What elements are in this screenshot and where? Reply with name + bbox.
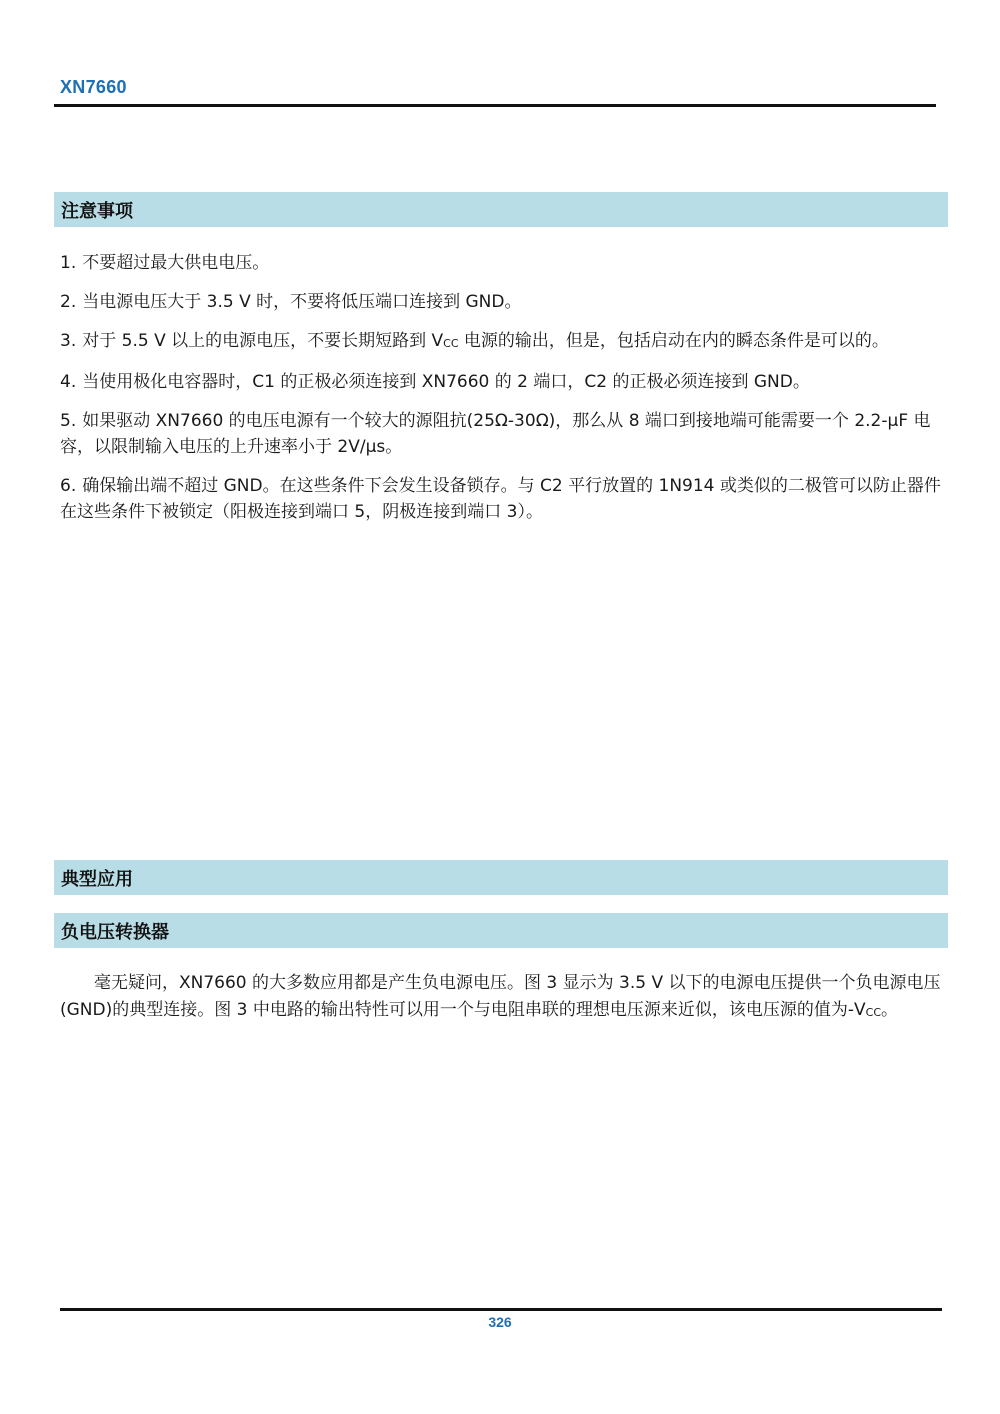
note-number: 2. <box>60 292 76 312</box>
section-heading-label: 负电压转换器 <box>61 918 169 944</box>
note-text: 如果驱动 XN7660 的电压电源有一个较大的源阻抗(25Ω-30Ω)，那么从 … <box>60 411 931 457</box>
note-text: 当使用极化电容器时，C1 的正极必须连接到 XN7660 的 2 端口，C2 的… <box>82 372 810 392</box>
note-item-1: 1.不要超过最大供电电压。 <box>60 250 945 276</box>
page-number: 326 <box>0 1314 1000 1330</box>
note-number: 5. <box>60 411 76 431</box>
header-divider <box>54 104 936 107</box>
note-text: 对于 5.5 V 以上的电源电压，不要长期短路到 V <box>82 331 443 351</box>
note-number: 6. <box>60 476 76 496</box>
document-title: XN7660 <box>60 77 127 98</box>
note-item-3: 3.对于 5.5 V 以上的电源电压，不要长期短路到 VCC 电源的输出，但是，… <box>60 328 945 356</box>
section-heading-negative-voltage-converter: 负电压转换器 <box>54 913 948 948</box>
notes-list: 1.不要超过最大供电电压。 2.当电源电压大于 3.5 V 时，不要将低压端口连… <box>60 250 945 538</box>
paragraph-text: 毫无疑问，XN7660 的大多数应用都是产生负电源电压。图 3 显示为 3.5 … <box>60 973 941 1020</box>
note-number: 4. <box>60 372 76 392</box>
note-item-2: 2.当电源电压大于 3.5 V 时，不要将低压端口连接到 GND。 <box>60 289 945 315</box>
body-paragraph: 毫无疑问，XN7660 的大多数应用都是产生负电源电压。图 3 显示为 3.5 … <box>60 970 945 1025</box>
section-heading-label: 注意事项 <box>61 197 133 223</box>
note-text: 当电源电压大于 3.5 V 时，不要将低压端口连接到 GND。 <box>82 292 521 312</box>
section-heading-label: 典型应用 <box>61 865 133 891</box>
footer-divider <box>60 1308 942 1311</box>
note-number: 1. <box>60 253 76 273</box>
section-heading-typical-application: 典型应用 <box>54 860 948 895</box>
subscript-cc: CC <box>866 1006 881 1019</box>
note-text: 不要超过最大供电电压。 <box>82 253 269 273</box>
note-number: 3. <box>60 331 76 351</box>
note-text: 确保输出端不超过 GND。在这些条件下会发生设备锁存。与 C2 平行放置的 1N… <box>60 476 941 522</box>
section-heading-notes: 注意事项 <box>54 192 948 227</box>
note-item-5: 5.如果驱动 XN7660 的电压电源有一个较大的源阻抗(25Ω-30Ω)，那么… <box>60 408 945 460</box>
paragraph-text-end: 。 <box>881 1000 898 1020</box>
subscript-cc: CC <box>443 337 458 350</box>
note-text-continued: 电源的输出，但是，包括启动在内的瞬态条件是可以的。 <box>459 331 889 351</box>
note-item-4: 4.当使用极化电容器时，C1 的正极必须连接到 XN7660 的 2 端口，C2… <box>60 369 945 395</box>
note-item-6: 6.确保输出端不超过 GND。在这些条件下会发生设备锁存。与 C2 平行放置的 … <box>60 473 945 525</box>
